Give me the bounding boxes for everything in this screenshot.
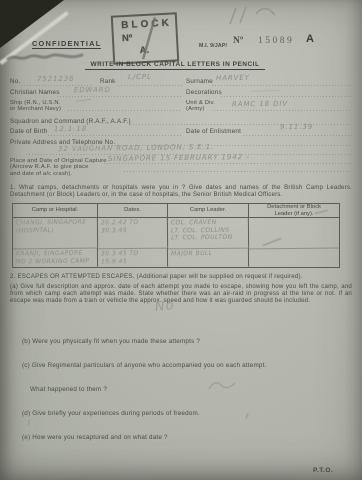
question-2c-followup: What happened to them ? <box>30 386 330 393</box>
table-header-dates: Dates. <box>98 204 168 218</box>
question-2d: (d) Give briefly your experiences during… <box>22 410 352 417</box>
field-value-christian-names: EDWARD <box>74 86 111 95</box>
field-value-rank: L/CPL <box>128 73 152 81</box>
document-photo: CONFIDENTIAL BLOCK Nº A. M.I. 9/JAP/ Nº … <box>0 0 362 480</box>
field-label-christian-names: Christian Names <box>10 89 60 96</box>
table-header-camp: Camp or Hospital. <box>13 204 98 218</box>
table-row-camp: KRANJI, SINGAPORE NO 2 WORKING CAMP <box>13 248 98 268</box>
instruction-banner: WRITE IN BLOCK CAPITAL LETTERS IN PENCIL <box>85 61 265 70</box>
dotted-line <box>68 110 182 111</box>
field-label-rank: Rank <box>100 78 116 85</box>
field-value-surname: HARVEY <box>216 74 250 82</box>
dotted-line <box>243 135 352 136</box>
table-header-camp-leader: Camp Leader. <box>168 204 249 218</box>
dotted-line <box>48 135 182 136</box>
dotted-line <box>214 110 352 111</box>
field-value-unit-div: RAMC 18 DIV <box>232 100 288 109</box>
pencil-squiggle-mark <box>205 377 245 393</box>
table-row-camp-leader: MAJOR BULL <box>168 248 249 268</box>
dotted-line <box>104 163 352 164</box>
table-row-dates: 30.3.45 TO 15.9.45 <box>98 248 168 268</box>
question-1: 1. What camps, detachments or hospitals … <box>10 184 352 198</box>
field-label-squadron: Squadron and Command (R.A.F., A.A.F.) <box>10 118 131 125</box>
answer-2a: No <box>155 302 175 312</box>
mi9-no-label: Nº <box>233 38 243 45</box>
field-value-no: 7521236 <box>37 75 75 84</box>
pencil-marks-top-right <box>222 2 286 30</box>
dotted-line <box>221 96 352 97</box>
field-value-date-of-enlistment: 9.11.39 <box>280 123 313 131</box>
classification-label: CONFIDENTIAL <box>32 40 101 49</box>
dotted-line <box>130 124 352 125</box>
field-value-date-of-birth: 12.1.18 <box>54 125 87 133</box>
section-2-heading: 2. ESCAPES OR ATTEMPTED ESCAPES. (Additi… <box>10 273 352 280</box>
question-2c: (c) Give Regimental particulars of anyon… <box>22 362 352 369</box>
field-value-ship: — <box>74 96 96 106</box>
field-label-date-of-enlistment: Date of Enlistment <box>186 128 241 135</box>
question-2b: (b) Were you physically fit when you mad… <box>22 338 352 345</box>
stamp-slash-mark <box>113 14 177 62</box>
block-number-stamp: BLOCK Nº A. <box>111 12 179 64</box>
table-row-dates: 20.2.42 TO 30.3.45 <box>98 218 168 249</box>
field-label-capture: Place and Date of Original Capture (Airc… <box>10 158 124 177</box>
mi9-form-code: M.I. 9/JAP/ <box>199 43 227 50</box>
pencil-scribble-mark <box>6 50 86 64</box>
question-2e: (e) How were you recaptured and on what … <box>22 434 352 441</box>
mi9-series-letter: A <box>306 36 314 43</box>
camps-table: Camp or Hospital. Dates. Camp Leader. De… <box>12 203 340 268</box>
field-label-date-of-birth: Date of Birth <box>10 128 48 135</box>
field-label-decorations: Decorations <box>186 89 222 96</box>
mi9-number: 15089 <box>258 38 294 45</box>
field-label-no: No. <box>10 78 20 85</box>
pto-label: P.T.O. <box>313 467 333 474</box>
table-row-block-leader <box>249 248 339 268</box>
field-label-surname: Surname <box>186 78 213 85</box>
table-row-camp: CHANGI, SINGAPORE (HOSPITAL) <box>13 218 98 249</box>
field-label-ship: Ship (R.N., U.S.N. or Merchant Navy) <box>10 100 72 113</box>
dotted-line <box>118 85 182 86</box>
table-row-camp-leader: COL. CRAVEN LT. COL. COLLINS LT. COL. PO… <box>168 218 249 249</box>
field-value-decorations: — <box>248 87 285 95</box>
question-2a: (a) Give full description and approx. da… <box>10 283 352 305</box>
dotted-line <box>124 171 352 172</box>
